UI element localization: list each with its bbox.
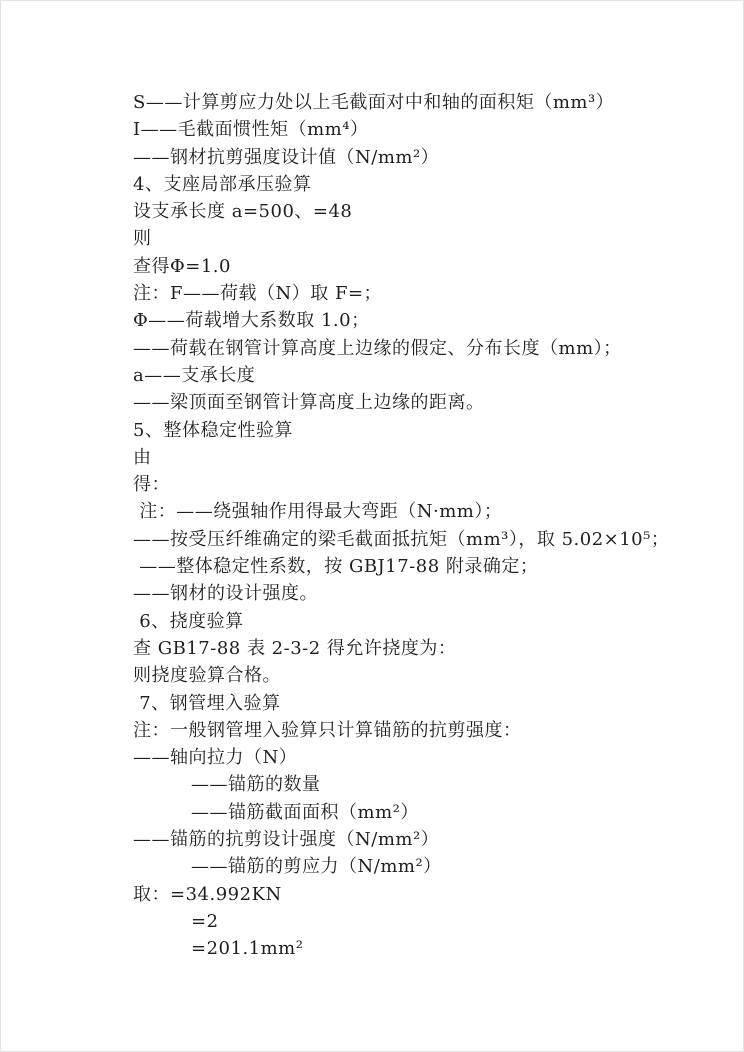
text-line: ——锚筋的抗剪设计强度（N/mm²） xyxy=(133,826,693,853)
section-heading: 4、支座局部承压验算 xyxy=(133,171,693,198)
text-line: 得： xyxy=(133,471,693,498)
text-line: 取：=34.992KN xyxy=(133,881,693,908)
text-line: ——锚筋的剪应力（N/mm²） xyxy=(133,853,693,880)
text-line: ——锚筋的数量 xyxy=(133,771,693,798)
text-line: 注：——绕强轴作用得最大弯距（N·mm）； xyxy=(133,498,693,525)
text-line: =201.1mm² xyxy=(133,935,693,962)
text-line: 查得Φ=1.0 xyxy=(133,253,693,280)
text-line: Φ——荷载增大系数取 1.0； xyxy=(133,307,693,334)
document-page: S——计算剪应力处以上毛截面对中和轴的面积矩（mm³） I——毛截面惯性矩（mm… xyxy=(0,0,744,1052)
section-heading: 7、钢管埋入验算 xyxy=(133,690,693,717)
text-line: 查 GB17-88 表 2-3-2 得允许挠度为： xyxy=(133,635,693,662)
text-line: 则 xyxy=(133,225,693,252)
text-line: ——轴向拉力（N） xyxy=(133,744,693,771)
text-line: ——荷载在钢管计算高度上边缘的假定、分布长度（mm）； xyxy=(133,335,693,362)
text-line: ——锚筋截面面积（mm²） xyxy=(133,799,693,826)
section-heading: 6、挠度验算 xyxy=(133,608,693,635)
text-line: 则挠度验算合格。 xyxy=(133,662,693,689)
text-line: ——钢材抗剪强度设计值（N/mm²） xyxy=(133,144,693,171)
text-line: S——计算剪应力处以上毛截面对中和轴的面积矩（mm³） xyxy=(133,89,693,116)
text-line: 注：一般钢管埋入验算只计算锚筋的抗剪强度： xyxy=(133,717,693,744)
text-line: 由 xyxy=(133,444,693,471)
text-line: ——钢材的设计强度。 xyxy=(133,580,693,607)
text-line: I——毛截面惯性矩（mm⁴） xyxy=(133,116,693,143)
text-line: ——按受压纤维确定的梁毛截面抵抗矩（mm³），取 5.02×10⁵； xyxy=(133,526,693,553)
text-line: ——梁顶面至钢管计算高度上边缘的距离。 xyxy=(133,389,693,416)
document-text-block: S——计算剪应力处以上毛截面对中和轴的面积矩（mm³） I——毛截面惯性矩（mm… xyxy=(133,89,693,963)
section-heading: 5、整体稳定性验算 xyxy=(133,417,693,444)
text-line: 注：F——荷载（N）取 F=； xyxy=(133,280,693,307)
text-line: =2 xyxy=(133,908,693,935)
text-line: 设支承长度 a=500、=48 xyxy=(133,198,693,225)
text-line: ——整体稳定性系数，按 GBJ17-88 附录确定； xyxy=(133,553,693,580)
text-line: a——支承长度 xyxy=(133,362,693,389)
